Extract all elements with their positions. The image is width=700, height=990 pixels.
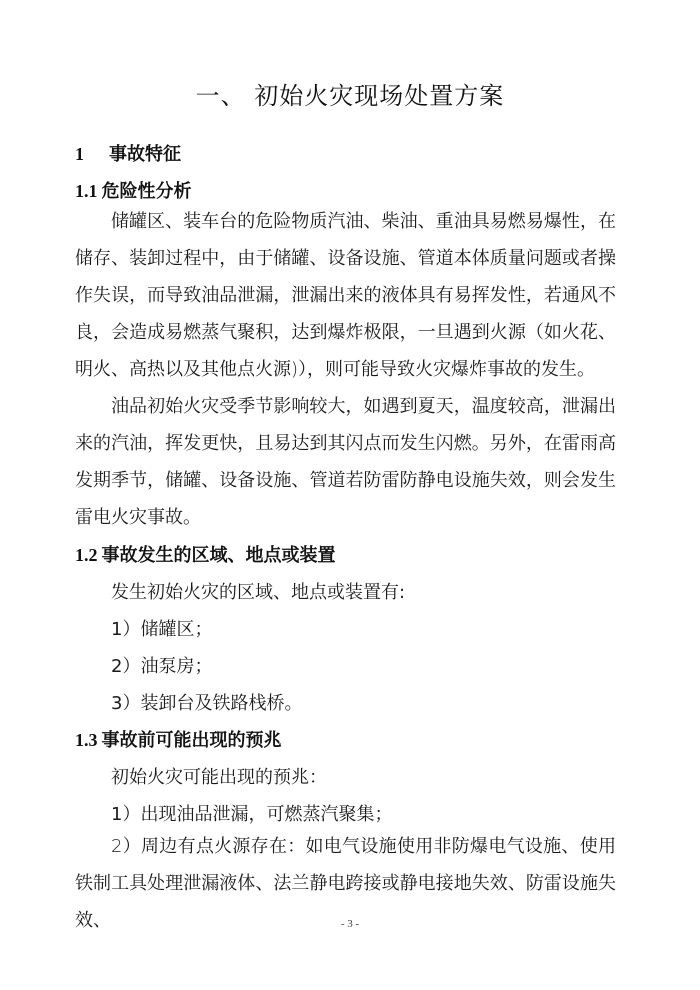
- list-item: 1）出现油品泄漏，可燃蒸汽聚集；: [111, 800, 392, 826]
- section-number: 1.3: [75, 730, 98, 750]
- section-title: 危险性分析: [102, 181, 192, 202]
- section-number: 1.2: [75, 545, 98, 565]
- section-title: 事故发生的区域、地点或装置: [102, 545, 336, 566]
- paragraph-warning-signs-intro: 初始火灾可能出现的预兆：: [111, 763, 327, 789]
- list-item: 1）储罐区；: [111, 615, 212, 641]
- list-item: 3）装卸台及铁路栈桥。: [111, 689, 302, 715]
- section-heading-1-3: 1.3事故前可能出现的预兆: [75, 726, 282, 752]
- section-title: 事故特征: [109, 144, 181, 165]
- section-heading-1: 1事故特征: [75, 140, 181, 166]
- section-number: 1.1: [75, 181, 98, 201]
- section-heading-1-2: 1.2事故发生的区域、地点或装置: [75, 541, 336, 567]
- paragraph-areas-intro: 发生初始火灾的区域、地点或装置有:: [111, 578, 405, 604]
- document-title: 一、 初始火灾现场处置方案: [0, 76, 700, 111]
- list-item: 2）油泵房；: [111, 652, 212, 678]
- paragraph-hazard-analysis: 储罐区、装车台的危险物质汽油、柴油、重油具易燃易爆性，在储存、装卸过程中，由于储…: [75, 203, 616, 388]
- section-title: 事故前可能出现的预兆: [102, 730, 282, 751]
- document-page: 一、 初始火灾现场处置方案 1事故特征 1.1危险性分析 储罐区、装车台的危险物…: [0, 0, 700, 990]
- paragraph-seasonal-impact: 油品初始火灾受季节影响较大，如遇到夏天，温度较高，泄漏出来的汽油，挥发更快，且易…: [75, 388, 616, 536]
- section-number: 1: [75, 144, 109, 165]
- section-heading-1-1: 1.1危险性分析: [75, 177, 192, 203]
- page-number: - 3 -: [0, 918, 700, 930]
